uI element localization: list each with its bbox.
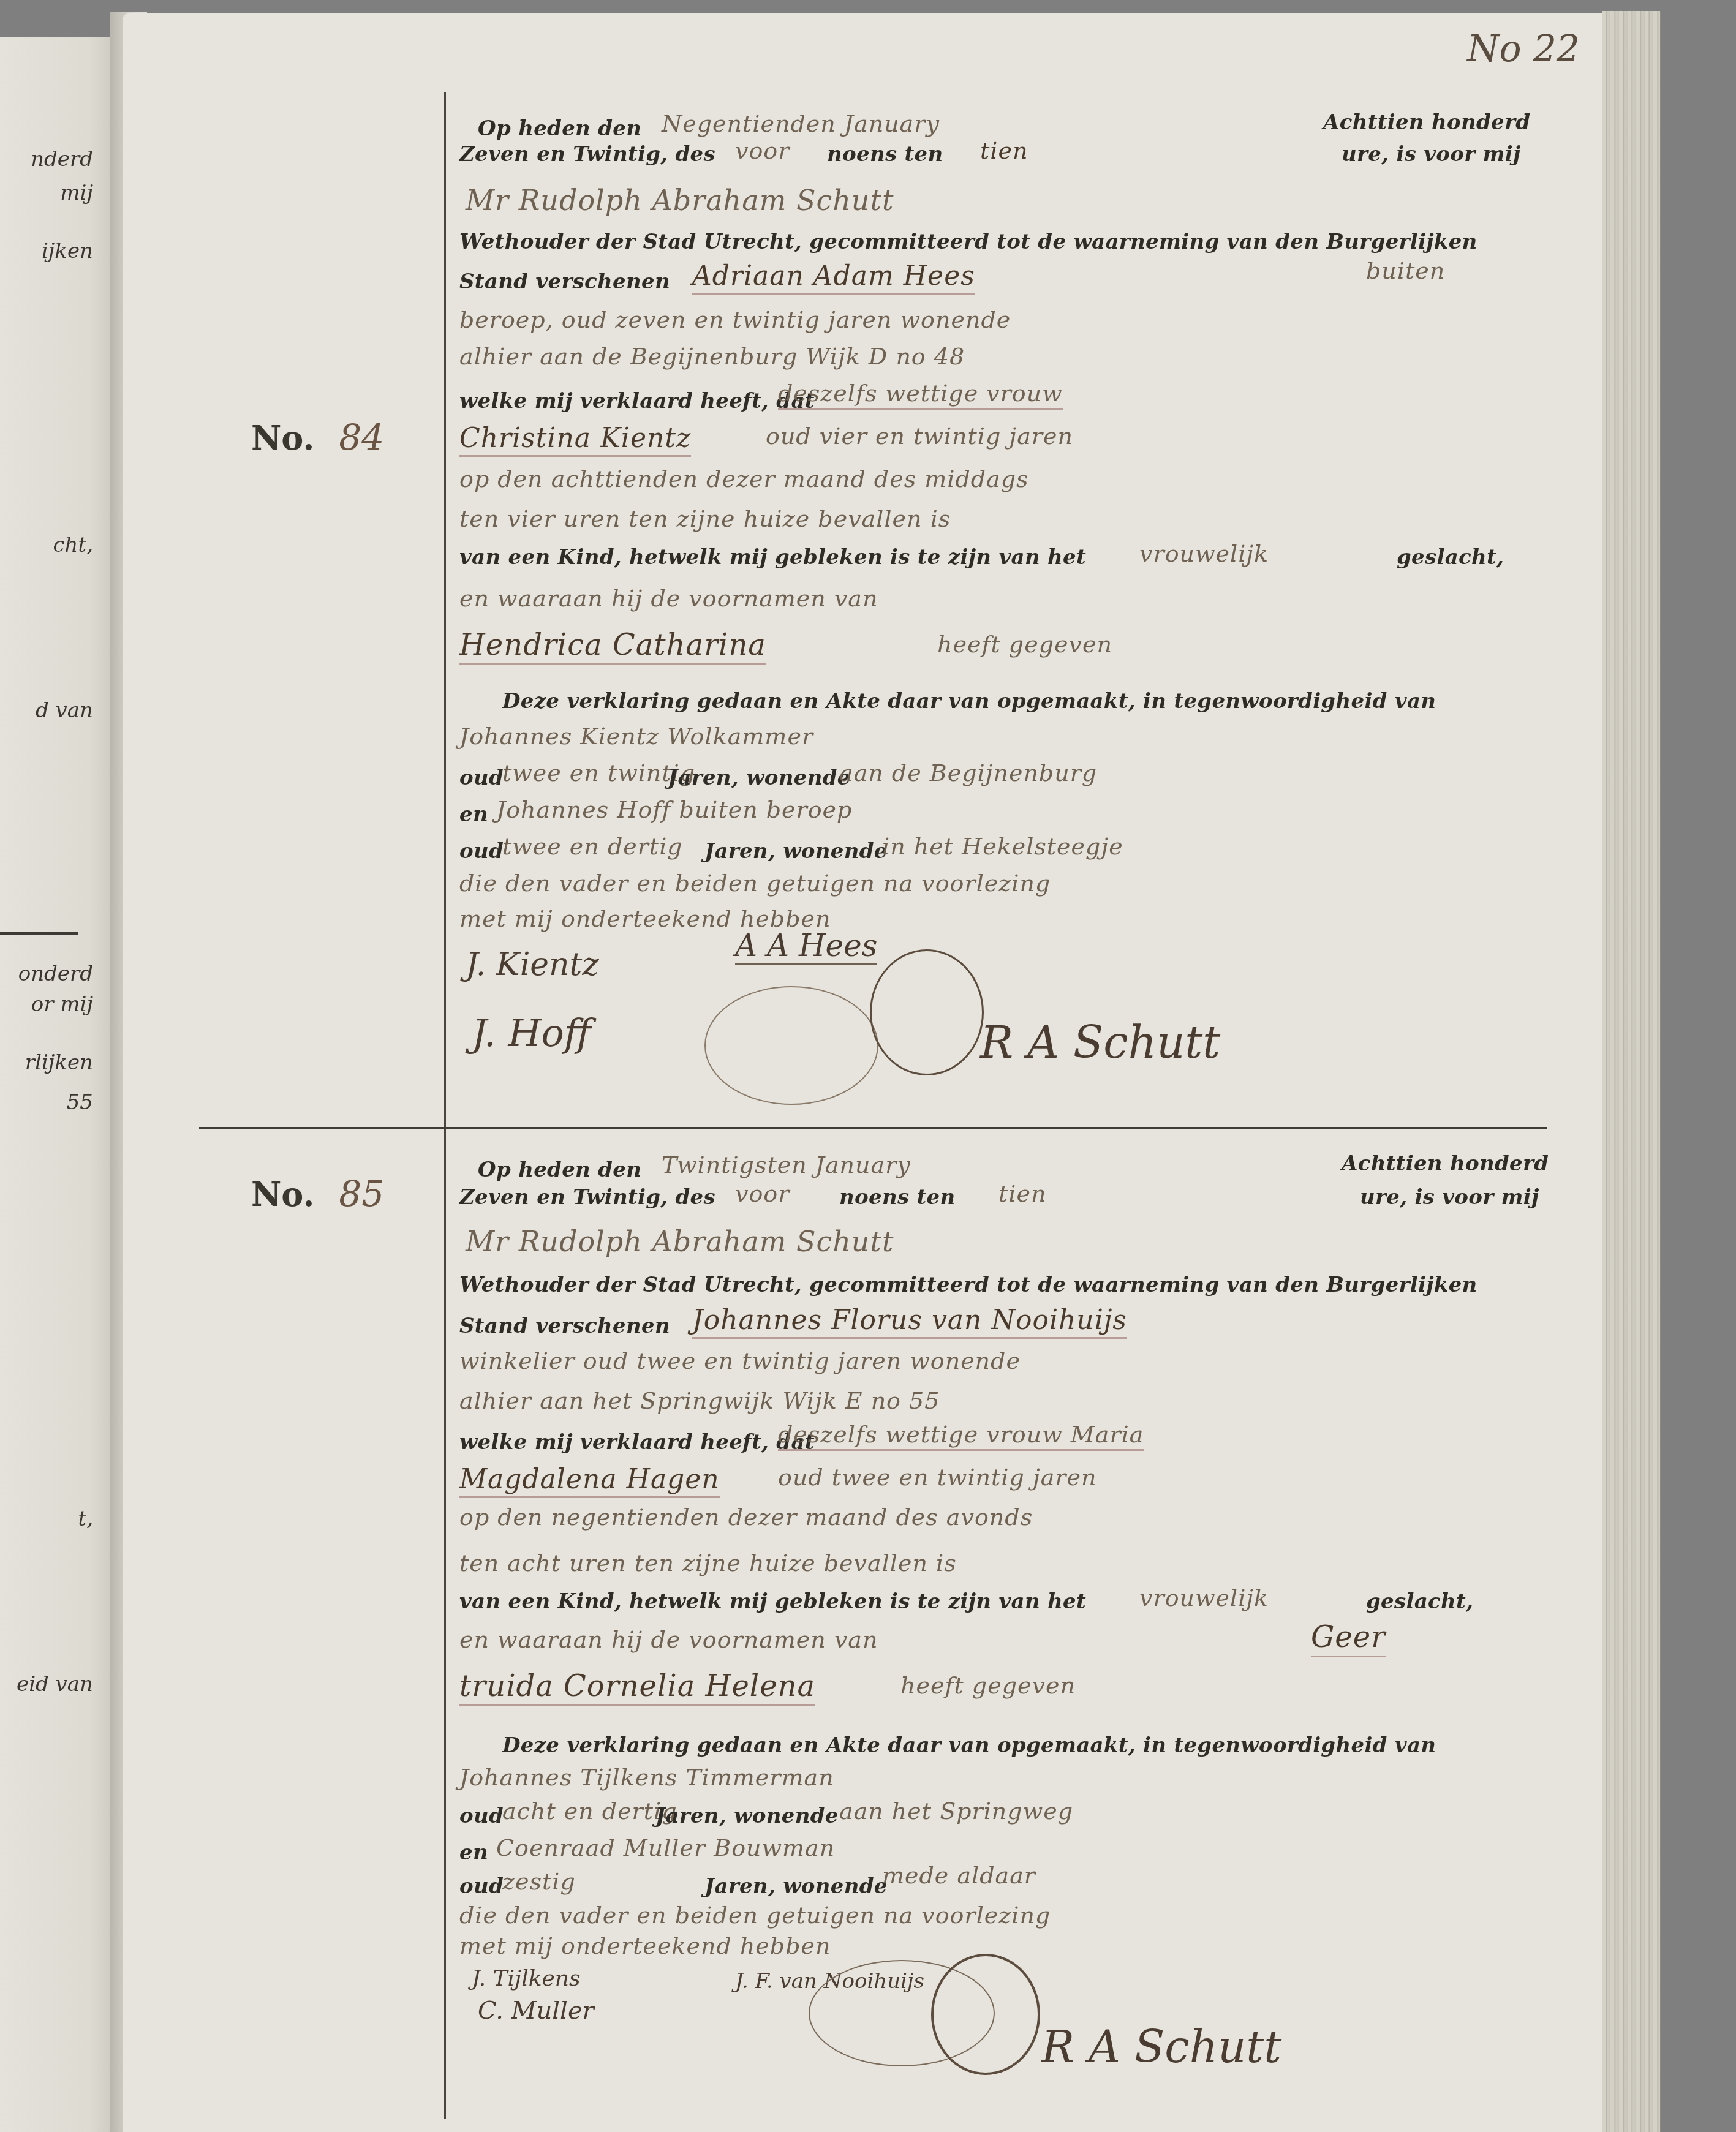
- entry-line: alhier aan de Begijnenburg Wijk D no 48: [459, 343, 1556, 377]
- signature-flourish: [931, 1954, 1040, 2075]
- margin-rule: [444, 92, 446, 1133]
- entry-line: van een Kind, hetwelk mij gebleken is te…: [459, 1589, 1556, 1624]
- entry-line: ten acht uren ten zijne huize bevallen i…: [459, 1550, 1556, 1584]
- entry-line: beroep, oud zeven en twintig jaren wonen…: [459, 306, 1556, 341]
- signature: R A Schutt: [980, 1017, 1220, 1068]
- entry-line: Magdalena Hagen oud twee en twintig jare…: [459, 1464, 1556, 1498]
- left-fragment: eid van: [17, 1672, 93, 1697]
- signature: J. Kientz: [466, 946, 599, 983]
- entry-line: Johannes Tijlkens Timmerman: [459, 1764, 1556, 1798]
- left-fragment: d van: [36, 698, 93, 723]
- entry-line: die den vader en beiden getuigen na voor…: [459, 870, 1556, 904]
- date-hand: Twintigsten January: [662, 1151, 911, 1178]
- entry-line: Deze verklaring gedaan en Akte daar van …: [459, 689, 1556, 723]
- witness-name: Johannes Kientz Wolkammer: [459, 723, 813, 750]
- entry-line: en waaraan hij de voornamen van Geer: [459, 1626, 1556, 1660]
- official-name: Mr Rudolph Abraham Schutt: [466, 184, 894, 217]
- signature: J. Hoff: [472, 1011, 591, 1055]
- witness-name: Johannes Tijlkens Timmerman: [459, 1764, 834, 1791]
- left-fragment: nderd: [31, 147, 93, 171]
- left-fragment: or mij: [31, 992, 93, 1017]
- left-fragment: mij: [60, 181, 93, 205]
- entry-line: oud twee en twintig Jaren, wonende aan d…: [459, 759, 1556, 794]
- page-edges: [1602, 11, 1661, 2132]
- entry-line: welke mij verklaard heeft, dat deszelfs …: [459, 1424, 1556, 1458]
- entry-line: truida Cornelia Helena heeft gegeven: [459, 1669, 1556, 1703]
- entry-line: Hendrica Catharina heeft gegeven: [459, 628, 1556, 662]
- father-name: Adriaan Adam Hees: [692, 260, 975, 295]
- entry-line: op den negentienden dezer maand des avon…: [459, 1504, 1556, 1538]
- signature: R A Schutt: [1041, 2021, 1281, 2073]
- signature-flourish: [704, 986, 878, 1105]
- entry-line: Stand verschenen Johannes Florus van Noo…: [459, 1308, 1556, 1342]
- left-divider: [0, 932, 78, 935]
- entry-line: welke mij verklaard heeft, dat deszelfs …: [459, 383, 1556, 417]
- left-fragment: t,: [78, 1507, 93, 1531]
- entry-line: die den vader en beiden getuigen na voor…: [459, 1902, 1556, 1936]
- entry-line: Wethouder der Stad Utrecht, gecommitteer…: [459, 1273, 1556, 1307]
- folio-number: No 22: [1467, 28, 1580, 70]
- mother-name: Christina Kientz: [459, 423, 691, 457]
- signature: J. Tijlkens: [472, 1966, 581, 1991]
- entry-line: Deze verklaring gedaan en Akte daar van …: [459, 1733, 1556, 1768]
- entry-line: oud twee en dertig Jaren, wonende in het…: [459, 833, 1556, 867]
- entry-line: winkelier oud twee en twintig jaren wone…: [459, 1347, 1556, 1382]
- signature-flourish: [870, 949, 984, 1075]
- signature: A A Hees: [735, 928, 877, 965]
- left-fragment: rlijken: [25, 1050, 93, 1075]
- left-fragment: cht,: [53, 533, 93, 557]
- father-name: Johannes Florus van Nooihuijs: [692, 1305, 1127, 1339]
- entry-line: en waaraan hij de voornamen van: [459, 585, 1556, 619]
- entry-number: No.85: [251, 1173, 384, 1215]
- entry-line: alhier aan het Springwijk Wijk E no 55: [459, 1387, 1556, 1422]
- left-fragment: onderd: [18, 962, 93, 986]
- witness-name: Johannes Hoff buiten beroep: [496, 796, 852, 823]
- entry-number: No.84: [251, 416, 384, 458]
- entry-line: van een Kind, hetwelk mij gebleken is te…: [459, 545, 1556, 579]
- entry-divider: [199, 1127, 1547, 1129]
- entry-line: op den achttienden dezer maand des midda…: [459, 465, 1556, 500]
- entry-line: Mr Rudolph Abraham Schutt: [459, 184, 1556, 218]
- official-name: Mr Rudolph Abraham Schutt: [466, 1225, 894, 1258]
- entry-line: en Johannes Hoff buiten beroep: [459, 796, 1556, 831]
- child-name: Geer: [1311, 1620, 1386, 1657]
- date-hand: Negentienden January: [662, 110, 940, 137]
- child-name: truida Cornelia Helena: [459, 1669, 815, 1706]
- mother-name: Magdalena Hagen: [459, 1464, 720, 1498]
- child-name: Hendrica Catharina: [459, 628, 766, 665]
- entry-line: Christina Kientz oud vier en twintig jar…: [459, 423, 1556, 457]
- entry-line: ten vier uren ten zijne huize bevallen i…: [459, 505, 1556, 540]
- witness-name: Coenraad Muller Bouwman: [496, 1834, 835, 1861]
- entry-line: Stand verschenen Adriaan Adam Hees buite…: [459, 263, 1556, 298]
- entry-line: Zeven en Twintig, des voor noens ten tie…: [459, 142, 1556, 176]
- entry-line: Mr Rudolph Abraham Schutt: [459, 1225, 1556, 1259]
- signature: C. Muller: [478, 1997, 594, 2025]
- entry-line: met mij onderteekend hebben: [459, 905, 1556, 940]
- left-fragment: ijken: [42, 239, 93, 263]
- entry-line: oud zestig Jaren, wonende mede aldaar: [459, 1868, 1556, 1902]
- entry-line: Johannes Kientz Wolkammer: [459, 723, 1556, 757]
- margin-rule: [444, 1133, 446, 2119]
- left-fragment: 55: [67, 1090, 93, 1115]
- entry-line: oud acht en dertig Jaren, wonende aan he…: [459, 1798, 1556, 1832]
- entry-line: Zeven en Twintig, des voor noens ten tie…: [459, 1185, 1556, 1219]
- left-page-fragment: nderd mij ijken cht, d van onderd or mij…: [0, 37, 111, 2132]
